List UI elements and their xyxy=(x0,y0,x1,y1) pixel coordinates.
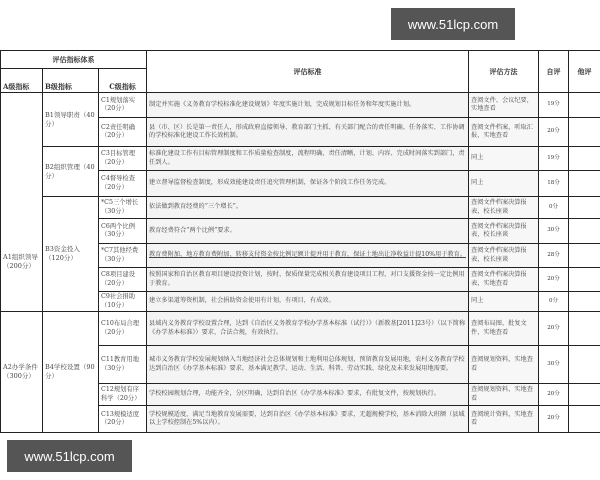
table-row: A1组织领导（200分） B1领导职责（40分） C1规划落实（20分） 制定并… xyxy=(1,93,600,118)
c-level-cell: C8项目建设（20分） xyxy=(99,268,147,292)
other-eval-cell[interactable] xyxy=(569,197,600,219)
method-cell: 查阅文件档案决算报表，校长座谈 xyxy=(469,197,539,219)
header-c-level: C级指标 xyxy=(99,69,147,93)
method-cell: 查阅规划资料，实地查看 xyxy=(469,346,539,384)
other-eval-cell[interactable] xyxy=(569,118,600,147)
method-cell: 查阅文件档案决算报表，校长座谈 xyxy=(469,219,539,244)
other-eval-cell[interactable] xyxy=(569,147,600,171)
c-level-cell: *C7其他经费（30分） xyxy=(99,244,147,268)
watermark-text: www.51lcp.com xyxy=(408,17,498,32)
method-cell: 查阅文件档案决算报表，实地查看 xyxy=(469,268,539,292)
other-eval-cell[interactable] xyxy=(569,93,600,118)
c-level-cell: C11教育用地（30分） xyxy=(99,346,147,384)
method-cell: 同上 xyxy=(469,292,539,312)
other-eval-cell[interactable] xyxy=(569,406,600,433)
method-cell: 同上 xyxy=(469,147,539,171)
self-eval-cell[interactable]: 20分 xyxy=(539,118,569,147)
self-eval-cell[interactable]: 30分 xyxy=(539,219,569,244)
table-row: B3资金投入（120分） *C5三个增长（30分） 依法做到教育经费的“三个增长… xyxy=(1,197,600,219)
standard-cell: 建立多渠道筹资机制，社会捐助资金使用有计划，有项目，有成效。 xyxy=(147,292,469,312)
self-eval-cell[interactable]: 19分 xyxy=(539,93,569,118)
standard-cell: 城市义务教育学校发展规划纳入当地经济社会总体规划和土地利用总体规划，预留教育发展… xyxy=(147,346,469,384)
other-eval-cell[interactable] xyxy=(569,244,600,268)
header-self-eval: 自评 xyxy=(539,51,569,93)
other-eval-cell[interactable] xyxy=(569,219,600,244)
self-eval-cell[interactable]: 18分 xyxy=(539,171,569,197)
table-row: A2办学条件（300分） B4学校设置（90分） C10布局合理（20分） 县域… xyxy=(1,312,600,346)
self-eval-cell[interactable]: 0分 xyxy=(539,292,569,312)
method-cell: 查阅统计资料，实地查看 xyxy=(469,406,539,433)
self-eval-cell[interactable]: 0分 xyxy=(539,197,569,219)
b-level-cell: B2组织管理（40分） xyxy=(43,147,99,197)
self-eval-cell[interactable]: 20分 xyxy=(539,406,569,433)
watermark-bottom: www.51lcp.com xyxy=(7,440,132,472)
watermark-top: www.51lcp.com xyxy=(391,8,515,40)
c-level-cell: C10布局合理（20分） xyxy=(99,312,147,346)
method-cell: 查阅规划资料，实地查看 xyxy=(469,384,539,406)
table-row: B2组织管理（40分） C3目标管理（20分） 标准化建设工作有目标管理制度和工… xyxy=(1,147,600,171)
other-eval-cell[interactable] xyxy=(569,312,600,346)
header-system: 评估指标体系 xyxy=(1,51,147,69)
other-eval-cell[interactable] xyxy=(569,346,600,384)
a-level-cell: A1组织领导（200分） xyxy=(1,93,43,312)
watermark-text: www.51lcp.com xyxy=(24,449,114,464)
method-cell: 查阅文件档案决算报表，校长座谈 xyxy=(469,244,539,268)
b-level-cell: B3资金投入（120分） xyxy=(43,197,99,312)
c-level-cell: C6两个比例（30分） xyxy=(99,219,147,244)
c-level-cell: C13规模适度（20分） xyxy=(99,406,147,433)
header-standard: 评估标准 xyxy=(147,51,469,93)
b-level-cell: B1领导职责（40分） xyxy=(43,93,99,147)
method-cell: 查阅文件档案，听取汇报，实地查看 xyxy=(469,118,539,147)
standard-cell: 学校校园规划合理，功能齐全，分区明确，达到自治区《办学基本标准》要求，有批复文件… xyxy=(147,384,469,406)
method-cell: 查阅文件、会议纪要，实地查看 xyxy=(469,93,539,118)
c-level-cell: C3目标管理（20分） xyxy=(99,147,147,171)
a-level-cell: A2办学条件（300分） xyxy=(1,312,43,433)
self-eval-cell[interactable]: 28分 xyxy=(539,244,569,268)
standard-cell: 依法做到教育经费的“三个增长”。 xyxy=(147,197,469,219)
self-eval-cell[interactable]: 20分 xyxy=(539,312,569,346)
self-eval-cell[interactable]: 20分 xyxy=(539,268,569,292)
c-level-cell: C12规划有序科学（20分） xyxy=(99,384,147,406)
header-other-eval: 他评 xyxy=(569,51,600,93)
other-eval-cell[interactable] xyxy=(569,171,600,197)
standard-cell: 教育经费符合“两个比例”要求。 xyxy=(147,219,469,244)
standard-cell: 县（市、区）长是第一责任人，形成政府直接领导、教育部门主抓、有关部门配合的责任明… xyxy=(147,118,469,147)
header-row-1: 评估指标体系 评估标准 评估方法 自评 他评 xyxy=(1,51,600,69)
self-eval-cell[interactable]: 19分 xyxy=(539,147,569,171)
c-level-cell: C2责任明确（20分） xyxy=(99,118,147,147)
standard-cell: 标准化建设工作有目标管理制度和工作质量检查制度，流程明确，责任清晰，计划、内容、… xyxy=(147,147,469,171)
standard-cell: 县域内义务教育学校设置合理，达到《自治区义务教育学校办学基本标准（试行）》（新教… xyxy=(147,312,469,346)
other-eval-cell[interactable] xyxy=(569,292,600,312)
standard-cell: 建立督导监督检查制度，形成效能建设责任追究管理机制，保证各个阶段工作任务完成。 xyxy=(147,171,469,197)
evaluation-table: 评估指标体系 评估标准 评估方法 自评 他评 A级指标 B级指标 C级指标 A1… xyxy=(0,50,600,433)
self-eval-cell[interactable]: 30分 xyxy=(539,346,569,384)
header-a-level: A级指标 xyxy=(1,69,43,93)
b-level-cell: B4学校设置（90分） xyxy=(43,312,99,433)
standard-cell: 学校规模适度，满足当地教育发展需要，达到自治区《办学基本标准》要求，无超规模学校… xyxy=(147,406,469,433)
method-cell: 查阅布局图、批复文件，实地查看 xyxy=(469,312,539,346)
header-method: 评估方法 xyxy=(469,51,539,93)
c-level-cell: C4督导检查（20分） xyxy=(99,171,147,197)
standard-cell: 制定并实施《义务教育学校标准化建设规划》年度实施计划，完成规划目标任务和年度实施… xyxy=(147,93,469,118)
header-b-level: B级指标 xyxy=(43,69,99,93)
c-level-cell: *C5三个增长（30分） xyxy=(99,197,147,219)
standard-cell: 教育费附加、地方教育费附加、转移支付资金按比例足额计提并用于教育，保证土地出让净… xyxy=(147,244,469,268)
self-eval-cell[interactable]: 20分 xyxy=(539,384,569,406)
other-eval-cell[interactable] xyxy=(569,384,600,406)
c-level-cell: C1规划落实（20分） xyxy=(99,93,147,118)
method-cell: 同上 xyxy=(469,171,539,197)
c-level-cell: C9社会捐助（10分） xyxy=(99,292,147,312)
standard-cell: 按照国家和自治区教育项目建设投资计划，按时、保质保量完成相关教育建设项目工程，对… xyxy=(147,268,469,292)
other-eval-cell[interactable] xyxy=(569,268,600,292)
